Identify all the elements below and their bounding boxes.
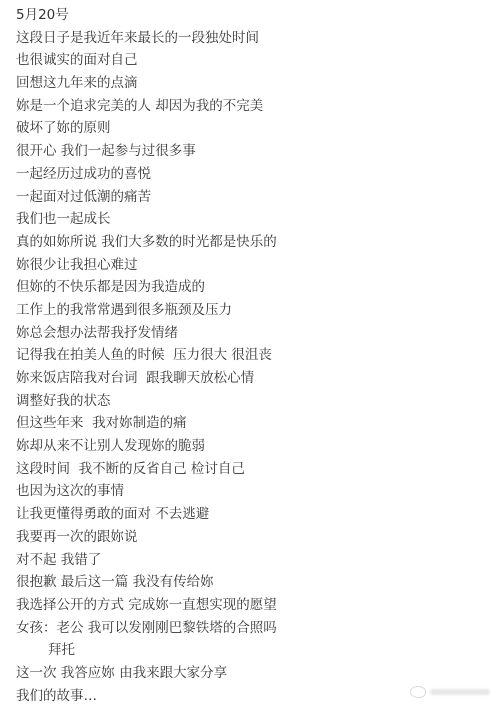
text-line: 很开心 我们一起参与过很多事 (16, 140, 277, 163)
watermark (410, 686, 490, 698)
weibo-logo-icon (410, 686, 426, 698)
text-line: 真的如妳所说 我们大多数的时光都是快乐的 (16, 231, 277, 254)
text-line: 但妳的不快乐都是因为我造成的 (16, 276, 277, 299)
watermark-text-blurred (430, 689, 490, 695)
text-line: 妳却从来不让别人发现妳的脆弱 (16, 435, 277, 458)
text-line: 很抱歉 最后这一篇 我没有传给妳 (16, 571, 277, 594)
text-line: 工作上的我常常遇到很多瓶颈及压力 (16, 299, 277, 322)
text-line: 一起经历过成功的喜悦 (16, 163, 277, 186)
text-line: 这段时间 我不断的反省自己 检讨自己 (16, 458, 277, 481)
text-line: 我们的故事… (16, 685, 277, 708)
text-line: 回想这九年来的点滴 (16, 72, 277, 95)
text-line: 对不起 我错了 (16, 549, 277, 572)
text-line: 破坏了妳的原则 (16, 117, 277, 140)
text-line: 这段日子是我近年来最长的一段独处时间 (16, 27, 277, 50)
text-line: 但这些年来 我对妳制造的痛 (16, 412, 277, 435)
text-line: 妳很少让我担心难过 (16, 254, 277, 277)
text-line: 5月20号 (16, 4, 277, 27)
text-line: 我要再一次的跟妳说 (16, 526, 277, 549)
text-line: 女孩：老公 我可以发刚刚巴黎铁塔的合照吗 (16, 617, 277, 640)
text-line: 妳来饭店陪我对台词 跟我聊天放松心情 (16, 367, 277, 390)
text-document: 5月20号这段日子是我近年来最长的一段独处时间也很诚实的面对自己回想这九年来的点… (16, 4, 277, 707)
text-line: 这一次 我答应妳 由我来跟大家分享 (16, 662, 277, 685)
text-line: 妳总会想办法帮我抒发情绪 (16, 322, 277, 345)
text-line: 调整好我的状态 (16, 390, 277, 413)
text-line: 也很诚实的面对自己 (16, 49, 277, 72)
text-line: 让我更懂得勇敢的面对 不去逃避 (16, 503, 277, 526)
text-line: 妳是一个追求完美的人 却因为我的不完美 (16, 95, 277, 118)
text-line: 记得我在拍美人鱼的时候 压力很大 很沮丧 (16, 344, 277, 367)
text-line: 我选择公开的方式 完成妳一直想实现的愿望 (16, 594, 277, 617)
text-line: 拜托 (16, 639, 277, 662)
text-line: 我们也一起成长 (16, 208, 277, 231)
text-line: 也因为这次的事情 (16, 480, 277, 503)
text-line: 一起面对过低潮的痛苦 (16, 186, 277, 209)
